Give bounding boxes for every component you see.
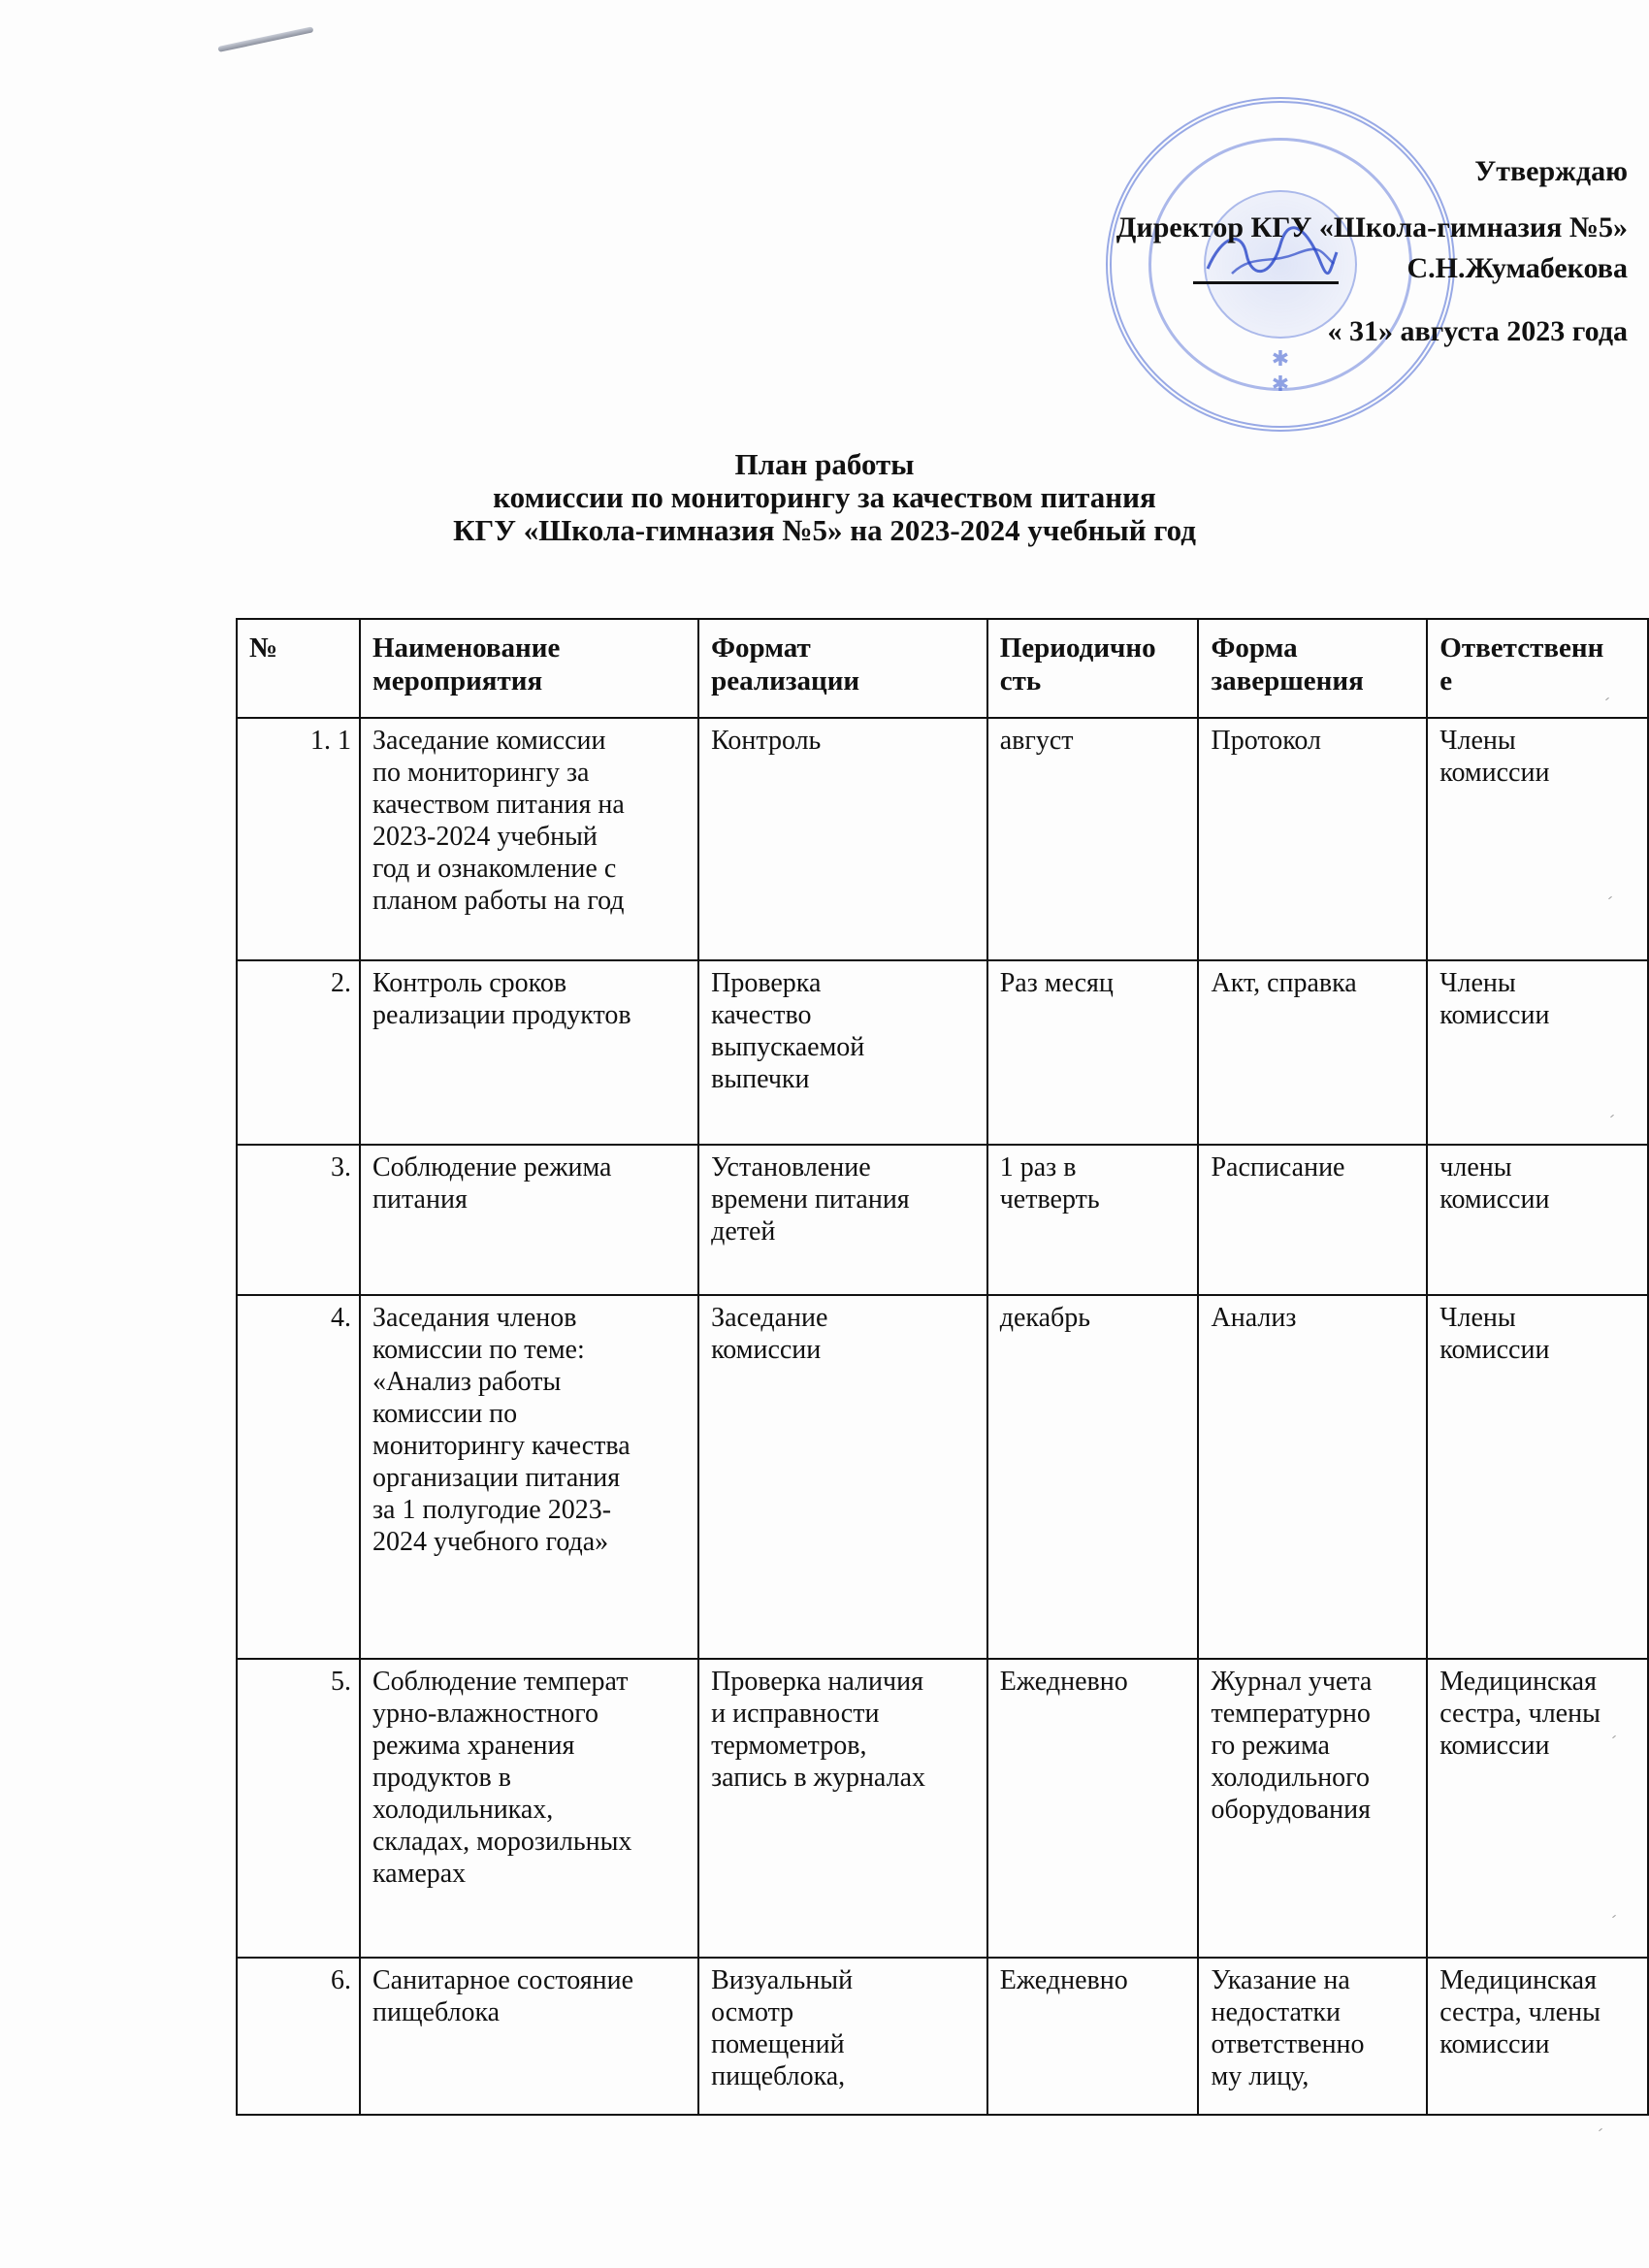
document-title: План работы комиссии по мониторингу за к… <box>0 448 1649 547</box>
row-number: 4. <box>237 1295 360 1659</box>
row-number-text: 1. 1 <box>310 726 351 756</box>
header-responsible-text: Ответственн е <box>1439 632 1603 697</box>
completion-form-text: Акт, справка <box>1211 968 1356 998</box>
header-periodicity: Периодично сть <box>987 619 1199 718</box>
periodicity-text: 1 раз в четверть <box>1000 1152 1100 1215</box>
implementation-format-text: Визуальный осмотр помещений пищеблока, <box>711 1965 853 2091</box>
implementation-format-text: Проверка качество выпускаемой выпечки <box>711 968 864 1094</box>
event-name: Соблюдение режима питания <box>360 1145 698 1295</box>
row-number: 3. <box>237 1145 360 1295</box>
completion-form-text: Протокол <box>1211 726 1321 756</box>
title-line-3: КГУ «Школа-гимназия №5» на 2023-2024 уче… <box>0 514 1649 547</box>
completion-form-text: Указание на недостатки ответственно му л… <box>1211 1965 1364 2091</box>
header-completion-form: Форма завершения <box>1198 619 1427 718</box>
responsible-text: члены комиссии <box>1439 1152 1549 1215</box>
periodicity-text: декабрь <box>1000 1303 1090 1333</box>
work-plan-table: № Наименование мероприятия Формат реализ… <box>236 618 1649 2116</box>
periodicity: Ежедневно <box>987 1659 1199 1958</box>
approval-date: « 31» августа 2023 года <box>1327 317 1628 346</box>
implementation-format: Установление времени питания детей <box>698 1145 987 1295</box>
event-name-text: Соблюдение режима питания <box>372 1152 611 1215</box>
responsible: Медицинская сестра, члены комиссии <box>1427 1958 1648 2115</box>
pen-mark <box>217 26 313 52</box>
periodicity: август <box>987 718 1199 960</box>
completion-form: Расписание <box>1198 1145 1427 1295</box>
approval-heading: Утверждаю <box>1474 157 1628 186</box>
implementation-format-text: Установление времени питания детей <box>711 1152 910 1247</box>
row-number-text: 6. <box>331 1965 351 1995</box>
completion-form: Указание на недостатки ответственно му л… <box>1198 1958 1427 2115</box>
implementation-format: Проверка наличия и исправности термометр… <box>698 1659 987 1958</box>
stamp-star-icon: ✱ <box>1272 373 1289 397</box>
responsible-text: Медицинская сестра, члены комиссии <box>1439 1667 1600 1761</box>
implementation-format: Визуальный осмотр помещений пищеблока, <box>698 1958 987 2115</box>
header-responsible: Ответственн е <box>1427 619 1648 718</box>
stamp-star-icon: ✱ <box>1272 347 1289 372</box>
event-name-text: Контроль сроков реализации продуктов <box>372 968 631 1030</box>
row-number-text: 5. <box>331 1667 351 1697</box>
periodicity: Раз месяц <box>987 960 1199 1145</box>
periodicity-text: август <box>1000 726 1074 756</box>
periodicity: 1 раз в четверть <box>987 1145 1199 1295</box>
row-number: 5. <box>237 1659 360 1958</box>
event-name-text: Заседание комиссии по мониторингу за кач… <box>372 726 625 916</box>
header-periodicity-text: Периодично сть <box>1000 632 1156 697</box>
responsible-text: Члены комиссии <box>1439 968 1549 1030</box>
implementation-format-text: Контроль <box>711 726 821 756</box>
implementation-format-text: Заседание комиссии <box>711 1303 827 1365</box>
row-number: 1. 1 <box>237 718 360 960</box>
header-name: Наименование мероприятия <box>360 619 698 718</box>
header-number: № <box>237 619 360 718</box>
responsible-text: Медицинская сестра, члены комиссии <box>1439 1965 1600 2059</box>
event-name: Заседание комиссии по мониторингу за кач… <box>360 718 698 960</box>
header-format: Формат реализации <box>698 619 987 718</box>
periodicity-text: Ежедневно <box>1000 1667 1128 1697</box>
event-name: Санитарное состояние пищеблока <box>360 1958 698 2115</box>
header-format-text: Формат реализации <box>711 632 859 697</box>
header-completion-form-text: Форма завершения <box>1211 632 1363 697</box>
row-number: 2. <box>237 960 360 1145</box>
periodicity: Ежедневно <box>987 1958 1199 2115</box>
row-number: 6. <box>237 1958 360 2115</box>
event-name-text: Соблюдение температ урно-влажностного ре… <box>372 1667 631 1889</box>
completion-form-text: Журнал учета температурно го режима холо… <box>1211 1667 1372 1825</box>
table-row: 5. Соблюдение температ урно-влажностного… <box>237 1659 1648 1958</box>
header-number-text: № <box>249 632 277 664</box>
implementation-format: Проверка качество выпускаемой выпечки <box>698 960 987 1145</box>
title-line-1: План работы <box>0 448 1649 481</box>
responsible: члены комиссии <box>1427 1145 1648 1295</box>
completion-form-text: Расписание <box>1211 1152 1344 1183</box>
completion-form: Акт, справка <box>1198 960 1427 1145</box>
responsible-text: Члены комиссии <box>1439 726 1549 788</box>
header-name-text: Наименование мероприятия <box>372 632 560 697</box>
scan-speck <box>1599 2128 1602 2131</box>
responsible: Члены комиссии <box>1427 960 1648 1145</box>
table-row: 1. 1 Заседание комиссии по мониторингу з… <box>237 718 1648 960</box>
implementation-format: Заседание комиссии <box>698 1295 987 1659</box>
row-number-text: 2. <box>331 968 351 998</box>
responsible: Члены комиссии <box>1427 718 1648 960</box>
implementation-format-text: Проверка наличия и исправности термометр… <box>711 1667 925 1793</box>
event-name: Заседания членов комиссии по теме: «Анал… <box>360 1295 698 1659</box>
row-number-text: 4. <box>331 1303 351 1333</box>
event-name: Контроль сроков реализации продуктов <box>360 960 698 1145</box>
table-row: 6. Санитарное состояние пищеблока Визуал… <box>237 1958 1648 2115</box>
table-row: 4. Заседания членов комиссии по теме: «А… <box>237 1295 1648 1659</box>
responsible: Члены комиссии <box>1427 1295 1648 1659</box>
table-header-row: № Наименование мероприятия Формат реализ… <box>237 619 1648 718</box>
periodicity: декабрь <box>987 1295 1199 1659</box>
event-name-text: Заседания членов комиссии по теме: «Анал… <box>372 1303 630 1557</box>
table-row: 3. Соблюдение режима питания Установлени… <box>237 1145 1648 1295</box>
periodicity-text: Ежедневно <box>1000 1965 1128 1995</box>
approval-name: С.Н.Жумабекова <box>1407 254 1628 283</box>
approval-position: Директор КГУ «Школа-гимназия №5» <box>1116 213 1628 243</box>
responsible: Медицинская сестра, члены комиссии <box>1427 1659 1648 1958</box>
completion-form: Журнал учета температурно го режима холо… <box>1198 1659 1427 1958</box>
title-line-2: комиссии по мониторингу за качеством пит… <box>0 481 1649 514</box>
event-name-text: Санитарное состояние пищеблока <box>372 1965 633 2027</box>
table-row: 2. Контроль сроков реализации продуктов … <box>237 960 1648 1145</box>
periodicity-text: Раз месяц <box>1000 968 1114 998</box>
completion-form: Анализ <box>1198 1295 1427 1659</box>
responsible-text: Члены комиссии <box>1439 1303 1549 1365</box>
signature-line <box>1193 281 1339 284</box>
completion-form: Протокол <box>1198 718 1427 960</box>
completion-form-text: Анализ <box>1211 1303 1296 1333</box>
row-number-text: 3. <box>331 1152 351 1183</box>
implementation-format: Контроль <box>698 718 987 960</box>
event-name: Соблюдение температ урно-влажностного ре… <box>360 1659 698 1958</box>
